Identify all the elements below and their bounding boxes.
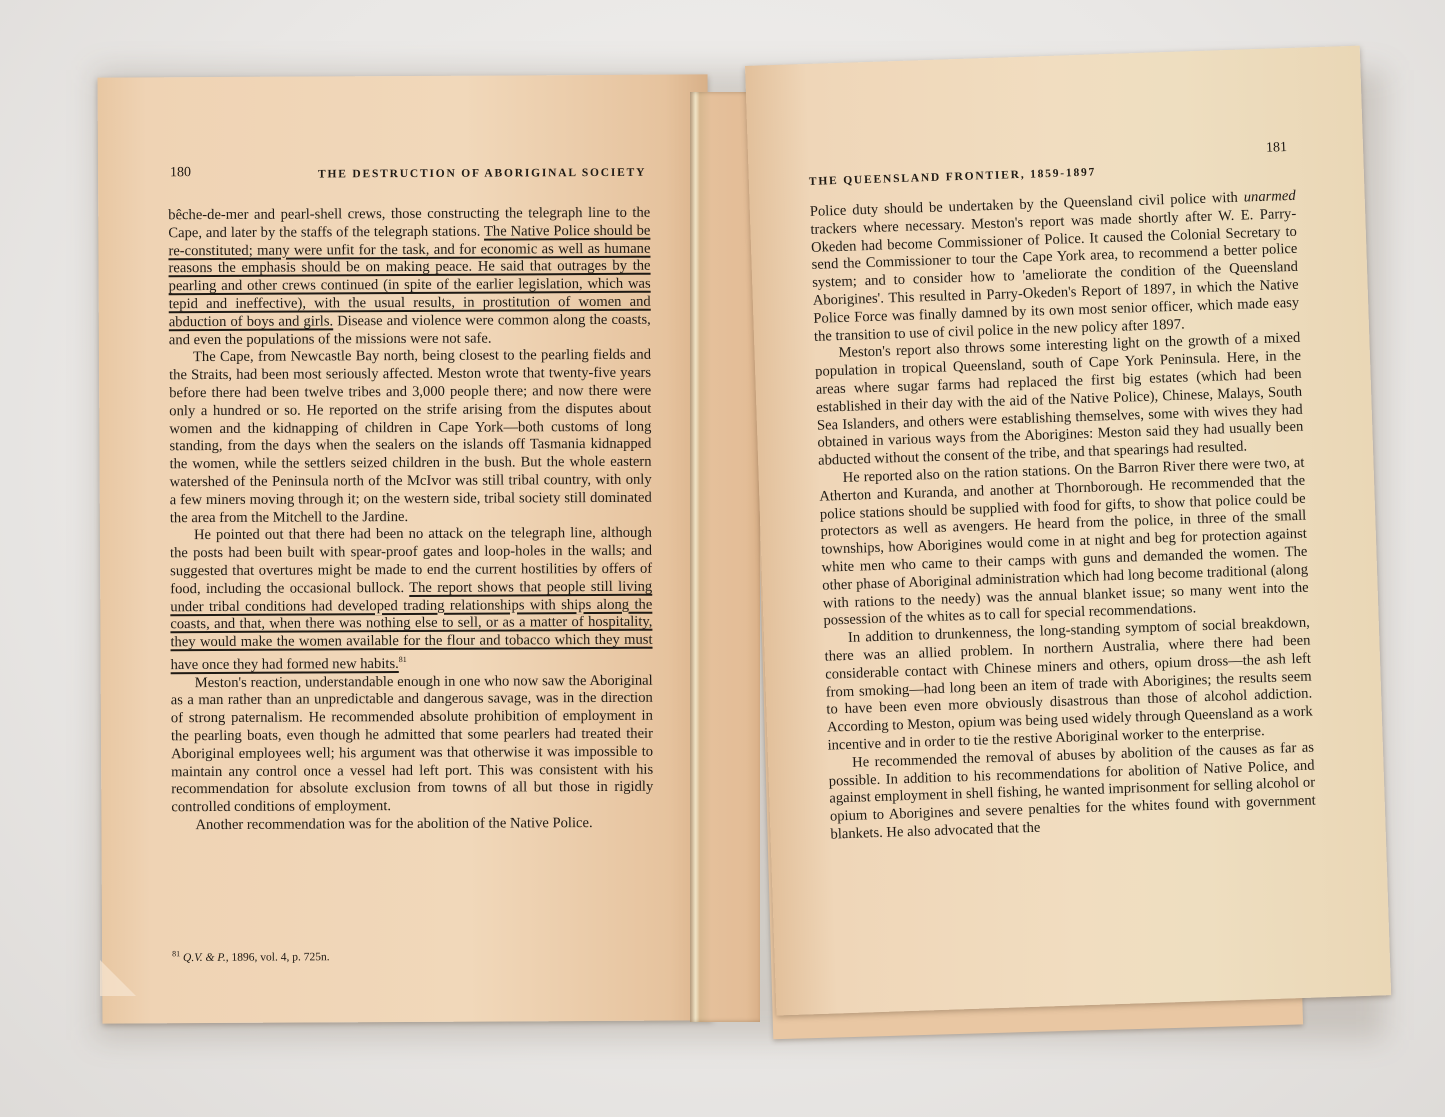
- left-page: 180 THE DESTRUCTION OF ABORIGINAL SOCIET…: [98, 74, 713, 1023]
- running-head: THE QUEENSLAND FRONTIER, 1859-1897: [809, 166, 1097, 188]
- paragraph: bêche-de-mer and pearl-shell crews, thos…: [168, 205, 651, 350]
- right-body-text: Police duty should be undertaken by the …: [810, 188, 1317, 844]
- paragraph: In addition to drunkenness, the long-sta…: [824, 615, 1314, 756]
- paragraph: Police duty should be undertaken by the …: [810, 188, 1300, 346]
- footnote-ref: 81: [399, 655, 407, 664]
- running-head: THE DESTRUCTION OF ABORIGINAL SOCIETY: [318, 167, 646, 181]
- footnote: 81 Q.V. & P., 1896, vol. 4, p. 725n.: [172, 948, 329, 964]
- right-page: THE QUEENSLAND FRONTIER, 1859-1897 181 P…: [745, 46, 1391, 1016]
- left-body-text: bêche-de-mer and pearl-shell crews, thos…: [168, 205, 653, 835]
- page-number: 180: [170, 165, 191, 181]
- page-number: 181: [1266, 140, 1288, 157]
- paragraph: Meston's report also throws some interes…: [814, 330, 1304, 471]
- paragraph: Meston's reaction, understandable enough…: [171, 672, 654, 817]
- paragraph: He pointed out that there had been no at…: [170, 525, 653, 675]
- paragraph: He recommended the removal of abuses by …: [828, 739, 1317, 844]
- paragraph: Another recommendation was for the aboli…: [171, 815, 653, 835]
- dog-eared-corner: [100, 960, 136, 996]
- paragraph: He reported also on the ration stations.…: [818, 455, 1309, 631]
- paragraph: The Cape, from Newcastle Bay north, bein…: [169, 347, 652, 527]
